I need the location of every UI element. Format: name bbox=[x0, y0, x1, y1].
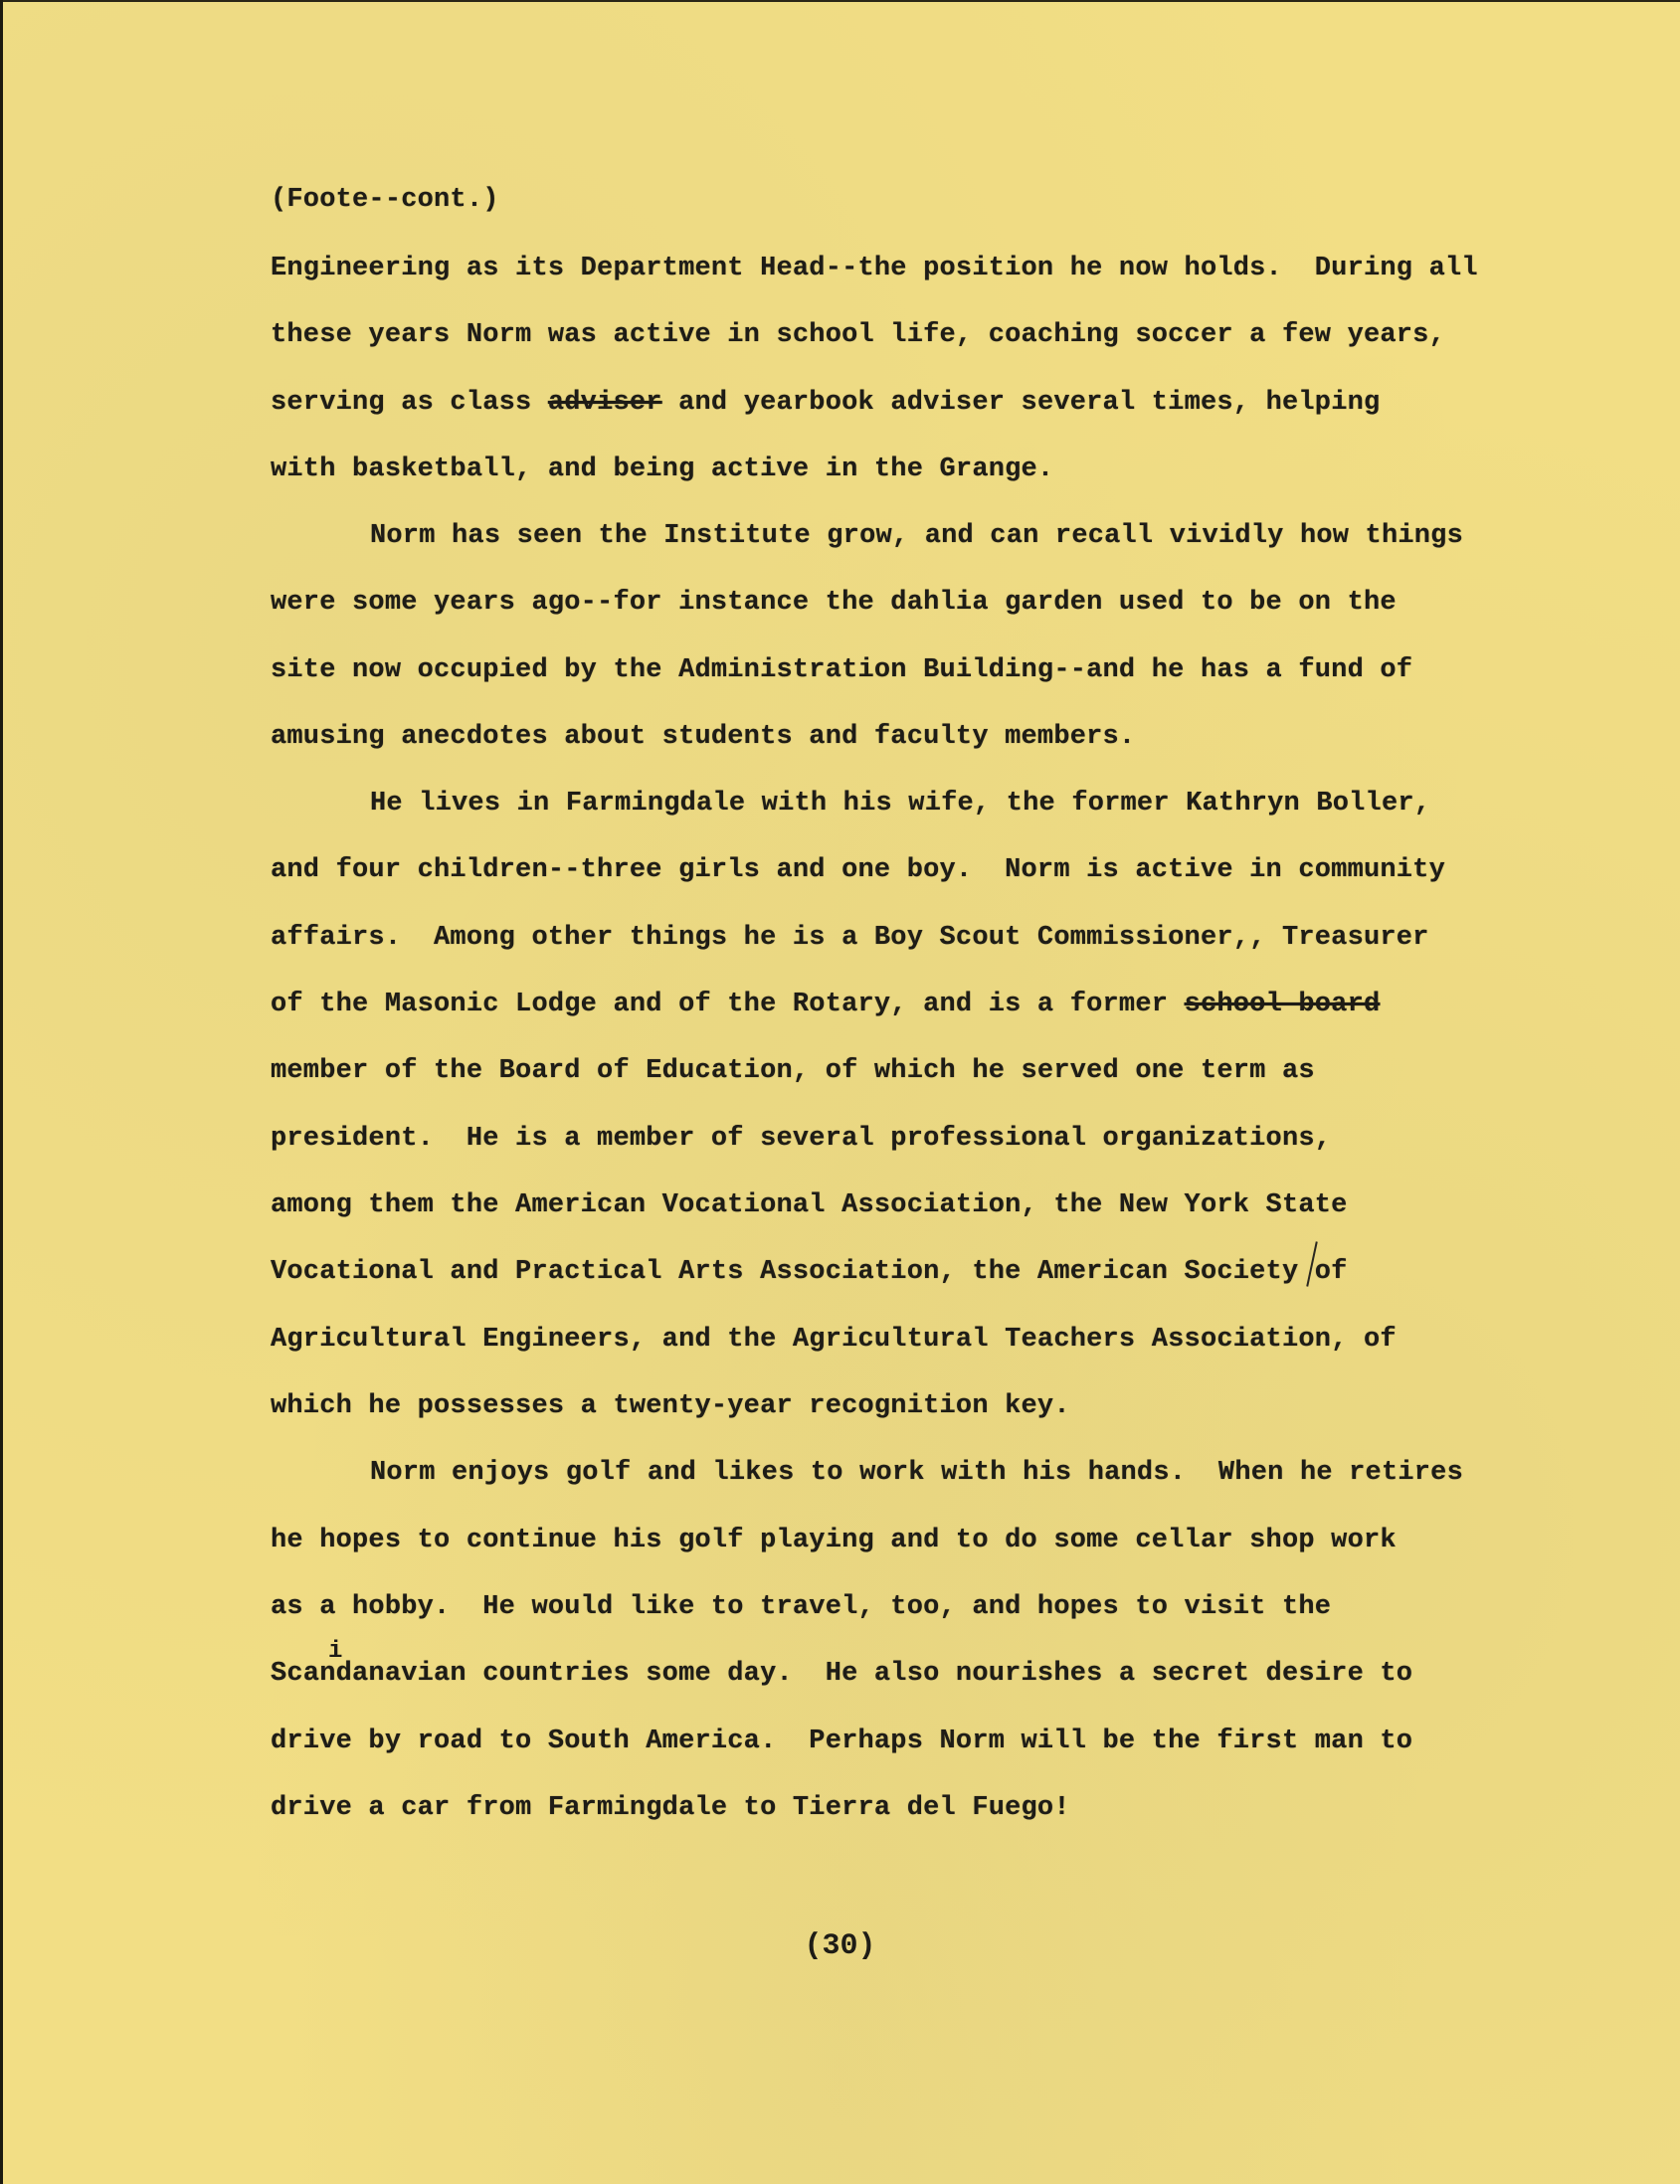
text-line: Norm enjoys golf and likes to work with … bbox=[370, 1458, 1463, 1488]
text-line: Agricultural Engineers, and the Agricult… bbox=[271, 1325, 1397, 1355]
text-line: among them the American Vocational Assoc… bbox=[271, 1190, 1348, 1220]
text-line: He lives in Farmingdale with his wife, t… bbox=[370, 789, 1430, 819]
struck-out-text: adviser bbox=[548, 388, 662, 418]
text-line: which he possesses a twenty-year recogni… bbox=[271, 1391, 1070, 1421]
document-page: (Foote--cont.) Engineering as its Depart… bbox=[0, 0, 1680, 2184]
text-segment: of the Masonic Lodge and of the Rotary, … bbox=[271, 990, 1185, 1019]
text-line: Scandanavian countries some day. He also… bbox=[271, 1659, 1412, 1689]
page-number: (30) bbox=[0, 1929, 1680, 1963]
continuation-header: (Foote--cont.) bbox=[271, 185, 499, 215]
text-line: president. He is a member of several pro… bbox=[271, 1124, 1331, 1154]
text-line: Vocational and Practical Arts Associatio… bbox=[271, 1257, 1348, 1287]
text-line: as a hobby. He would like to travel, too… bbox=[271, 1592, 1331, 1622]
text-line: member of the Board of Education, of whi… bbox=[271, 1056, 1315, 1086]
text-line: of the Masonic Lodge and of the Rotary, … bbox=[271, 990, 1380, 1019]
text-line: drive a car from Farmingdale to Tierra d… bbox=[271, 1793, 1070, 1823]
text-line: Norm has seen the Institute grow, and ca… bbox=[370, 521, 1463, 551]
handwritten-insert-mark: i bbox=[328, 1638, 342, 1665]
text-line: and four children--three girls and one b… bbox=[271, 855, 1445, 885]
page-top-edge bbox=[0, 0, 1680, 2]
text-segment: and yearbook adviser several times, help… bbox=[662, 388, 1381, 418]
text-line: amusing anecdotes about students and fac… bbox=[271, 722, 1135, 752]
text-line: site now occupied by the Administration … bbox=[271, 655, 1412, 685]
text-line: were some years ago--for instance the da… bbox=[271, 588, 1397, 618]
text-line: he hopes to continue his golf playing an… bbox=[271, 1526, 1397, 1555]
text-line: drive by road to South America. Perhaps … bbox=[271, 1727, 1412, 1756]
text-line: with basketball, and being active in the… bbox=[271, 455, 1053, 484]
text-segment: serving as class bbox=[271, 388, 548, 418]
text-line: serving as class adviser and yearbook ad… bbox=[271, 388, 1380, 418]
struck-out-text: school board bbox=[1185, 990, 1381, 1019]
text-line: Engineering as its Department Head--the … bbox=[271, 254, 1478, 283]
text-line: these years Norm was active in school li… bbox=[271, 320, 1445, 350]
text-line: affairs. Among other things he is a Boy … bbox=[271, 923, 1429, 953]
page-left-edge bbox=[0, 0, 3, 2184]
